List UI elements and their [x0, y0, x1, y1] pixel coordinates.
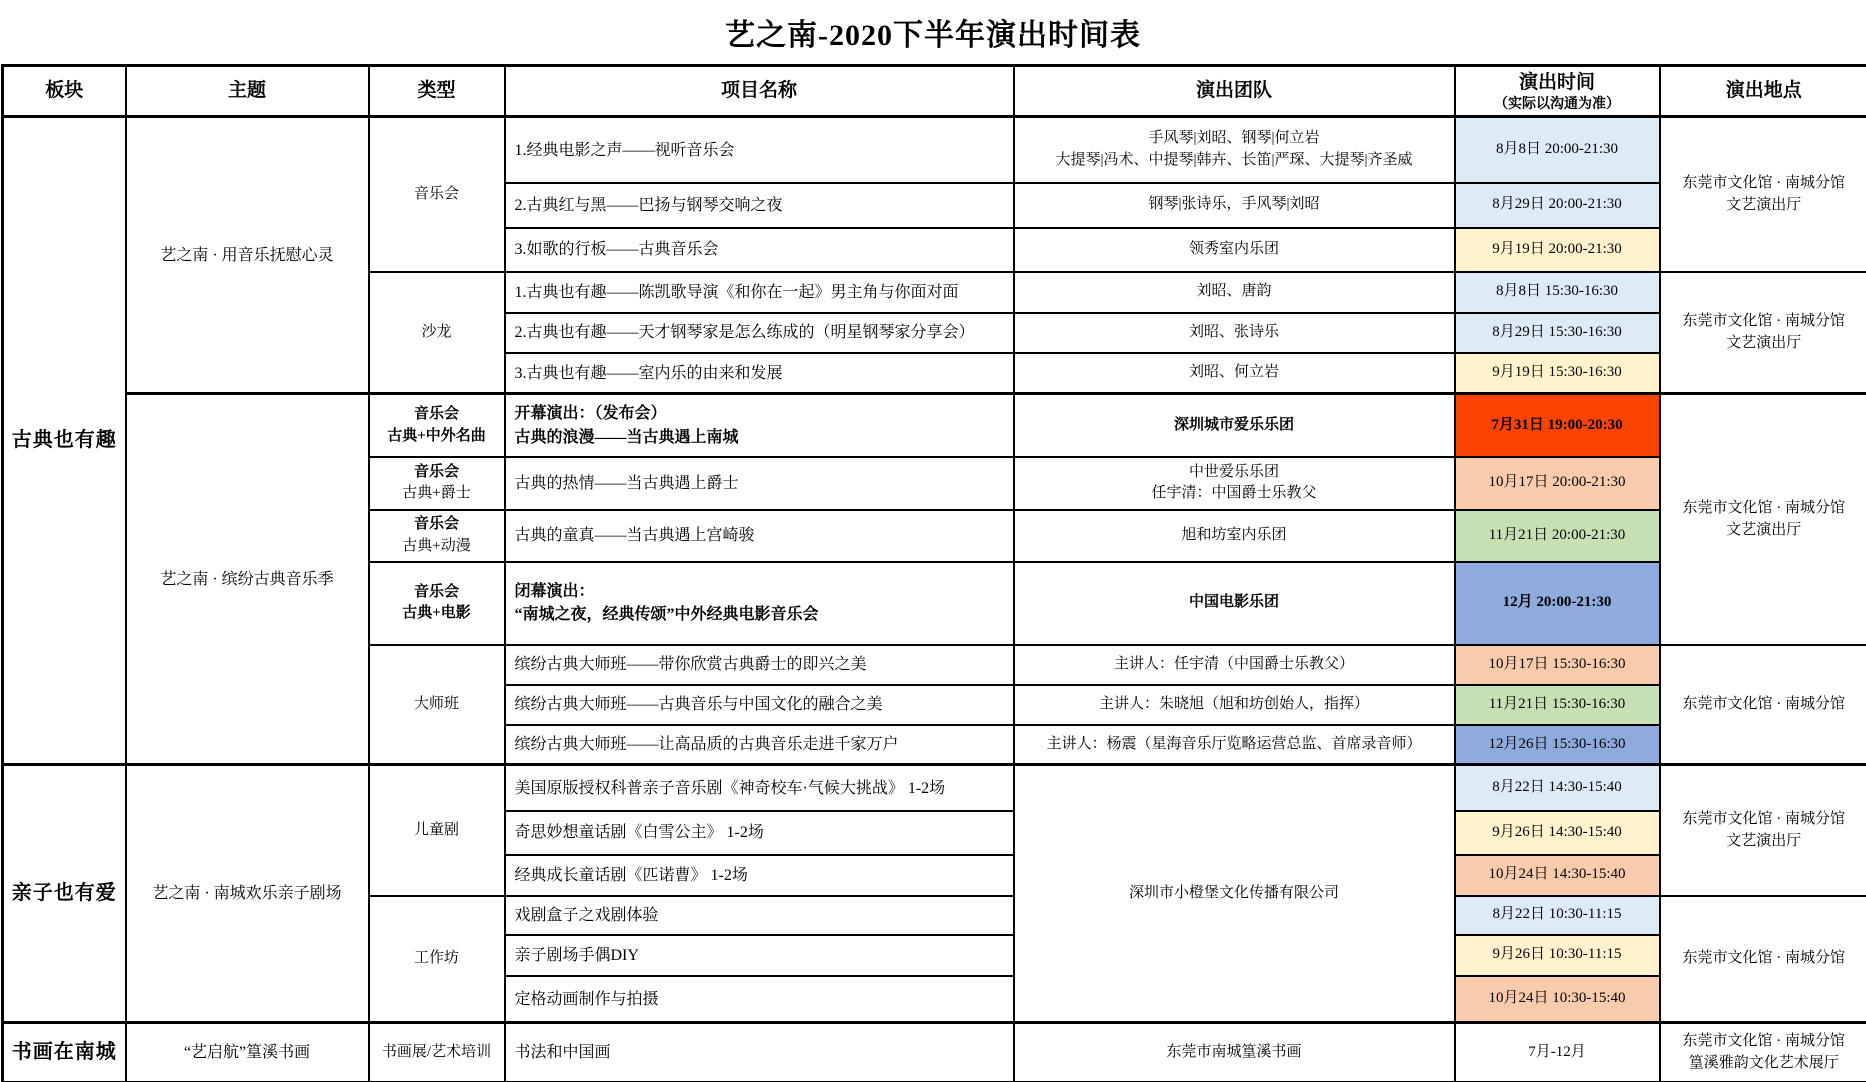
time-cell: 8月22日 10:30-11:15 [1455, 896, 1660, 935]
project-cell: 3.古典也有趣——室内乐的由来和发展 [505, 353, 1014, 394]
time-cell: 10月17日 20:00-21:30 [1455, 457, 1660, 510]
time-cell: 9月26日 14:30-15:40 [1455, 811, 1660, 855]
venue-cell: 东莞市文化馆 · 南城分馆 [1660, 645, 1866, 765]
project-cell: 美国原版授权科普亲子音乐剧《神奇校车·气候大挑战》 1-2场 [505, 765, 1014, 811]
project-cell: 缤纷古典大师班——古典音乐与中国文化的融合之美 [505, 685, 1014, 725]
team-cell: 刘昭、唐韵 [1014, 272, 1455, 313]
header-theme: 主题 [126, 66, 369, 117]
time-cell: 12月26日 15:30-16:30 [1455, 725, 1660, 765]
header-row: 板块 主题 类型 项目名称 演出团队 演出时间 （实际以沟通为准） 演出地点 [3, 66, 1866, 117]
time-cell: 8月8日 15:30-16:30 [1455, 272, 1660, 313]
time-cell: 11月21日 15:30-16:30 [1455, 685, 1660, 725]
theme-cell: 艺之南 · 用音乐抚慰心灵 [126, 117, 369, 394]
project-cell: 2.古典红与黑——巴扬与钢琴交响之夜 [505, 183, 1014, 228]
venue-cell: 东莞市文化馆 · 南城分馆文艺演出厅 [1660, 117, 1866, 272]
time-cell: 7月-12月 [1455, 1023, 1660, 1082]
header-type: 类型 [369, 66, 505, 117]
theme-cell: “艺启航”篁溪书画 [126, 1023, 369, 1082]
time-cell: 8月29日 20:00-21:30 [1455, 183, 1660, 228]
project-cell: 定格动画制作与拍摄 [505, 976, 1014, 1023]
project-cell: 1.经典电影之声——视听音乐会 [505, 117, 1014, 183]
team-cell: 旭和坊室内乐团 [1014, 510, 1455, 562]
type-cell: 音乐会古典+爵士 [369, 457, 505, 510]
header-venue: 演出地点 [1660, 66, 1866, 117]
project-cell: 经典成长童话剧《匹诺曹》 1-2场 [505, 855, 1014, 896]
project-cell: 亲子剧场手偶DIY [505, 935, 1014, 976]
project-cell: 开幕演出：（发布会）古典的浪漫——当古典遇上南城 [505, 394, 1014, 457]
type-cell: 工作坊 [369, 896, 505, 1023]
theme-cell: 艺之南 · 缤纷古典音乐季 [126, 394, 369, 765]
type-cell: 儿童剧 [369, 765, 505, 896]
time-cell: 10月24日 10:30-15:40 [1455, 976, 1660, 1023]
header-team: 演出团队 [1014, 66, 1455, 117]
project-cell: 缤纷古典大师班——带你欣赏古典爵士的即兴之美 [505, 645, 1014, 685]
time-cell: 12月 20:00-21:30 [1455, 562, 1660, 645]
performance-schedule-table: 板块 主题 类型 项目名称 演出团队 演出时间 （实际以沟通为准） 演出地点 古… [1, 64, 1866, 1082]
table-row: 古典也有趣艺之南 · 用音乐抚慰心灵音乐会1.经典电影之声——视听音乐会手风琴|… [3, 117, 1866, 183]
table-row: 亲子也有爱艺之南 · 南城欢乐亲子剧场儿童剧美国原版授权科普亲子音乐剧《神奇校车… [3, 765, 1866, 811]
project-cell: 缤纷古典大师班——让高品质的古典音乐走进千家万户 [505, 725, 1014, 765]
header-time-note: （实际以沟通为准） [1460, 97, 1655, 114]
time-cell: 8月8日 20:00-21:30 [1455, 117, 1660, 183]
team-cell: 东莞市南城篁溪书画 [1014, 1023, 1455, 1082]
project-cell: 书法和中国画 [505, 1023, 1014, 1082]
team-cell: 手风琴|刘昭、钢琴|何立岩大提琴|冯术、中提琴|韩卉、长笛|严琛、大提琴|齐圣威 [1014, 117, 1455, 183]
project-cell: 奇思妙想童话剧《白雪公主》 1-2场 [505, 811, 1014, 855]
section-cell: 亲子也有爱 [3, 765, 126, 1023]
team-cell: 领秀室内乐团 [1014, 228, 1455, 272]
team-cell: 主讲人：任宇清（中国爵士乐教父） [1014, 645, 1455, 685]
project-cell: 3.如歌的行板——古典音乐会 [505, 228, 1014, 272]
header-project: 项目名称 [505, 66, 1014, 117]
project-cell: 古典的热情——当古典遇上爵士 [505, 457, 1014, 510]
venue-cell: 东莞市文化馆 · 南城分馆文艺演出厅 [1660, 765, 1866, 896]
project-cell: 古典的童真——当古典遇上宫崎骏 [505, 510, 1014, 562]
venue-cell: 东莞市文化馆 · 南城分馆篁溪雅韵文化艺术展厅 [1660, 1023, 1866, 1082]
team-cell: 刘昭、张诗乐 [1014, 313, 1455, 353]
time-cell: 8月29日 15:30-16:30 [1455, 313, 1660, 353]
type-cell: 沙龙 [369, 272, 505, 394]
project-cell: 戏剧盒子之戏剧体验 [505, 896, 1014, 935]
time-cell: 9月26日 10:30-11:15 [1455, 935, 1660, 976]
project-cell: 1.古典也有趣——陈凯歌导演《和你在一起》男主角与你面对面 [505, 272, 1014, 313]
team-cell: 深圳市小橙堡文化传播有限公司 [1014, 765, 1455, 1023]
time-cell: 8月22日 14:30-15:40 [1455, 765, 1660, 811]
team-cell: 中国电影乐团 [1014, 562, 1455, 645]
team-cell: 深圳城市爱乐乐团 [1014, 394, 1455, 457]
type-cell: 音乐会古典+中外名曲 [369, 394, 505, 457]
team-cell: 主讲人：杨震（星海音乐厅览略运营总监、首席录音师） [1014, 725, 1455, 765]
team-cell: 主讲人：朱晓旭（旭和坊创始人，指挥） [1014, 685, 1455, 725]
schedule-table-body: 古典也有趣艺之南 · 用音乐抚慰心灵音乐会1.经典电影之声——视听音乐会手风琴|… [3, 117, 1866, 1082]
time-cell: 9月19日 20:00-21:30 [1455, 228, 1660, 272]
venue-cell: 东莞市文化馆 · 南城分馆文艺演出厅 [1660, 272, 1866, 394]
table-row: 艺之南 · 缤纷古典音乐季音乐会古典+中外名曲开幕演出：（发布会）古典的浪漫——… [3, 394, 1866, 457]
team-cell: 刘昭、何立岩 [1014, 353, 1455, 394]
project-cell: 闭幕演出：“南城之夜，经典传颂”中外经典电影音乐会 [505, 562, 1014, 645]
type-cell: 书画展/艺术培训 [369, 1023, 505, 1082]
time-cell: 7月31日 19:00-20:30 [1455, 394, 1660, 457]
table-row: 书画在南城“艺启航”篁溪书画书画展/艺术培训书法和中国画东莞市南城篁溪书画7月-… [3, 1023, 1866, 1082]
page-title: 艺之南-2020下半年演出时间表 [0, 0, 1866, 64]
time-cell: 10月24日 14:30-15:40 [1455, 855, 1660, 896]
team-cell: 中世爱乐乐团任宇清：中国爵士乐教父 [1014, 457, 1455, 510]
section-cell: 书画在南城 [3, 1023, 126, 1082]
type-cell: 音乐会古典+电影 [369, 562, 505, 645]
time-cell: 9月19日 15:30-16:30 [1455, 353, 1660, 394]
team-cell: 钢琴|张诗乐，手风琴|刘昭 [1014, 183, 1455, 228]
header-time: 演出时间 （实际以沟通为准） [1455, 66, 1660, 117]
type-cell: 音乐会古典+动漫 [369, 510, 505, 562]
section-cell: 古典也有趣 [3, 117, 126, 765]
venue-cell: 东莞市文化馆 · 南城分馆文艺演出厅 [1660, 394, 1866, 645]
time-cell: 10月17日 15:30-16:30 [1455, 645, 1660, 685]
theme-cell: 艺之南 · 南城欢乐亲子剧场 [126, 765, 369, 1023]
project-cell: 2.古典也有趣——天才钢琴家是怎么练成的（明星钢琴家分享会） [505, 313, 1014, 353]
venue-cell: 东莞市文化馆 · 南城分馆 [1660, 896, 1866, 1023]
type-cell: 音乐会 [369, 117, 505, 272]
type-cell: 大师班 [369, 645, 505, 765]
time-cell: 11月21日 20:00-21:30 [1455, 510, 1660, 562]
header-time-main: 演出时间 [1460, 69, 1655, 97]
header-section: 板块 [3, 66, 126, 117]
